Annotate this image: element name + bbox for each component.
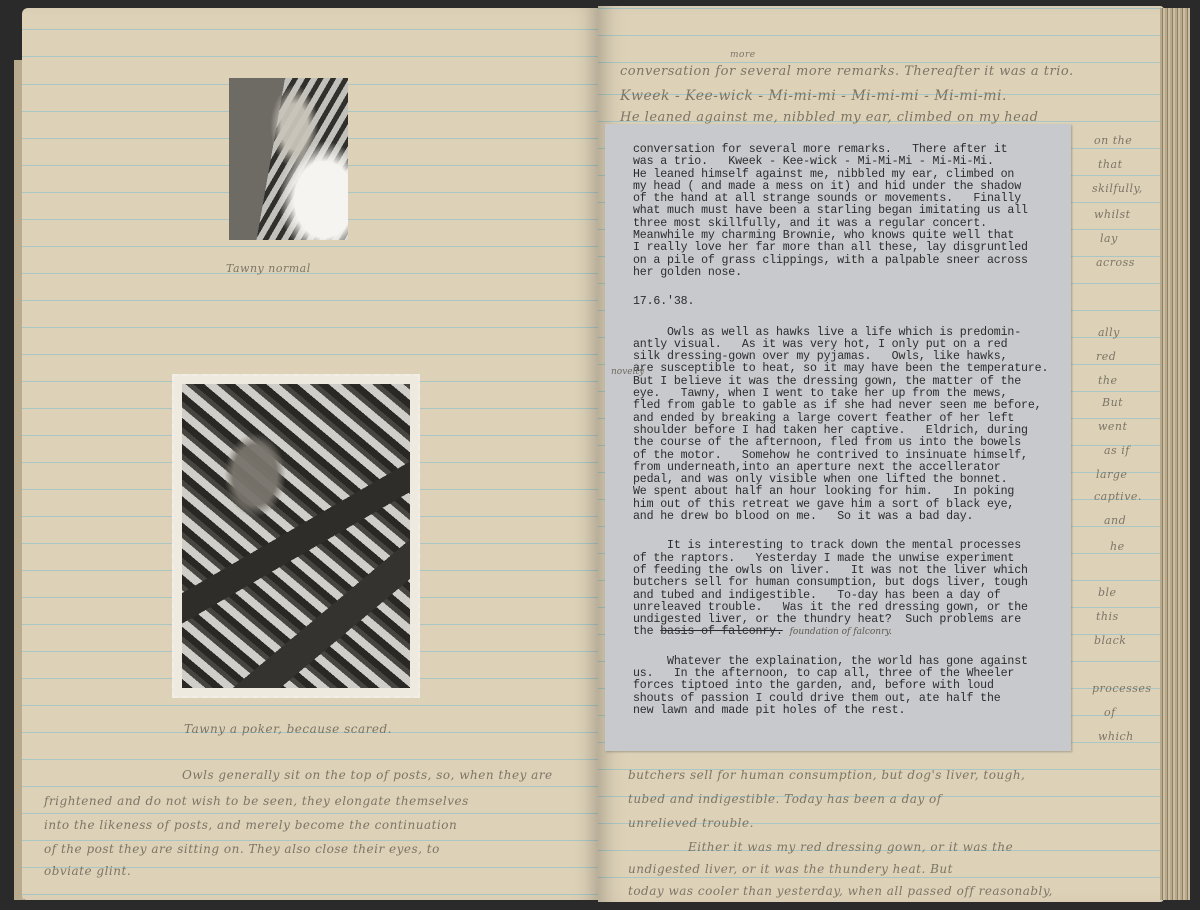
spacer [633,309,1073,327]
typed-line: Owls as well as hawks live a life which … [633,327,1073,339]
handwritten-line: Either it was my red dressing gown, or i… [688,840,1013,854]
spacer [633,639,1073,656]
margin-fragment: of [1104,706,1116,719]
caption-tawny-poker: Tawny a poker, because scared. [184,722,392,736]
spacer [633,523,1073,540]
handwritten-line: butchers sell for human consumption, but… [628,768,1025,782]
photo-owl-in-tree-image [182,384,410,688]
margin-fragment: red [1096,350,1116,363]
handwritten-line: into the likeness of posts, and merely b… [44,818,457,832]
margin-fragment: on the [1094,134,1132,147]
handwritten-line: Kweek - Kee-wick - Mi-mi-mi - Mi-mi-mi -… [620,88,1007,104]
margin-fragment: processes [1092,682,1152,695]
margin-fragment: lay [1100,232,1118,245]
margin-fragment: he [1110,540,1125,553]
margin-fragment: ble [1098,586,1117,599]
margin-fragment: large [1096,468,1127,481]
margin-fragment: whilst [1094,208,1131,221]
typed-line: It is interesting to track down the ment… [633,540,1073,552]
typed-line: I really love her far more than all thes… [633,242,1073,254]
handwritten-line: today was cooler than yesterday, when al… [628,884,1053,898]
margin-fragment: went [1098,420,1127,433]
handwritten-line: tubed and indigestible. Today has been a… [628,792,942,806]
margin-fragment: as if [1104,444,1130,457]
margin-fragment: the [1098,374,1118,387]
typed-line: fled from gable to gable as if she had n… [633,400,1073,412]
typed-line: are susceptible to heat, so it may have … [633,363,1073,375]
handwritten-line: of the post they are sitting on. They al… [44,842,440,856]
handwritten-correction: foundation of falconry. [790,627,893,637]
typed-fragment: the [633,625,660,638]
typed-line-with-correction: the basis of falconry. foundation of fal… [633,626,1073,638]
margin-fragment: ally [1098,326,1120,339]
page-stack-edge [1160,8,1190,900]
typed-line: new lawn and made pit holes of the rest. [633,705,1073,717]
margin-fragment: captive. [1094,490,1142,503]
entry-date: 17.6.'38. [633,296,1073,308]
typed-line: her golden nose. [633,267,1073,279]
typed-line: the course of the afternoon, fled from u… [633,437,1073,449]
handwritten-line: unrelieved trouble. [628,816,754,830]
margin-fragment: across [1096,256,1135,269]
margin-fragment: But [1102,396,1123,409]
typed-text: conversation for several more remarks. T… [633,144,1073,717]
typed-line: We spent about half an hour looking for … [633,486,1073,498]
handwritten-line: Owls generally sit on the top of posts, … [182,768,553,782]
photo-owl-held-image [229,78,348,240]
typed-line: butchers sell for human consumption, but… [633,577,1073,589]
typed-line: was a trio. Kweek - Kee-wick - Mi-Mi-Mi … [633,156,1073,168]
handwritten-line: frightened and do not wish to be seen, t… [44,794,469,808]
photo-owl-in-tree [172,374,420,698]
handwritten-insert-more: more [730,50,756,60]
typed-line: forces tiptoed into the garden, and, bef… [633,680,1073,692]
typed-line: of the motor. Somehow he contrived to in… [633,450,1073,462]
handwritten-line: conversation for several more remarks. T… [620,64,1074,79]
margin-fragment: black [1094,634,1126,647]
photo-owl-held [229,78,348,240]
margin-fragment: which [1098,730,1134,743]
margin-fragment: skilfully, [1092,182,1143,195]
typed-line: what much must have been a starling bega… [633,205,1073,217]
margin-fragment: this [1096,610,1119,623]
margin-fragment: and [1104,514,1126,527]
struck-text: basis of falconry. [660,625,783,638]
typed-sheet: conversation for several more remarks. T… [605,124,1071,751]
typed-line: and he drew bo blood on me. So it was a … [633,511,1073,523]
margin-fragment: that [1098,158,1122,171]
handwritten-line: He leaned against me, nibbled my ear, cl… [620,110,1038,125]
caption-tawny-normal: Tawny normal [226,262,311,275]
typed-line: and tubed and indigestible. To-day has b… [633,590,1073,602]
spacer [633,279,1073,296]
handwritten-line: undigested liver, or it was the thundery… [628,862,953,876]
handwritten-line: obviate glint. [44,864,131,878]
margin-note-novelty: novelty [611,367,644,377]
